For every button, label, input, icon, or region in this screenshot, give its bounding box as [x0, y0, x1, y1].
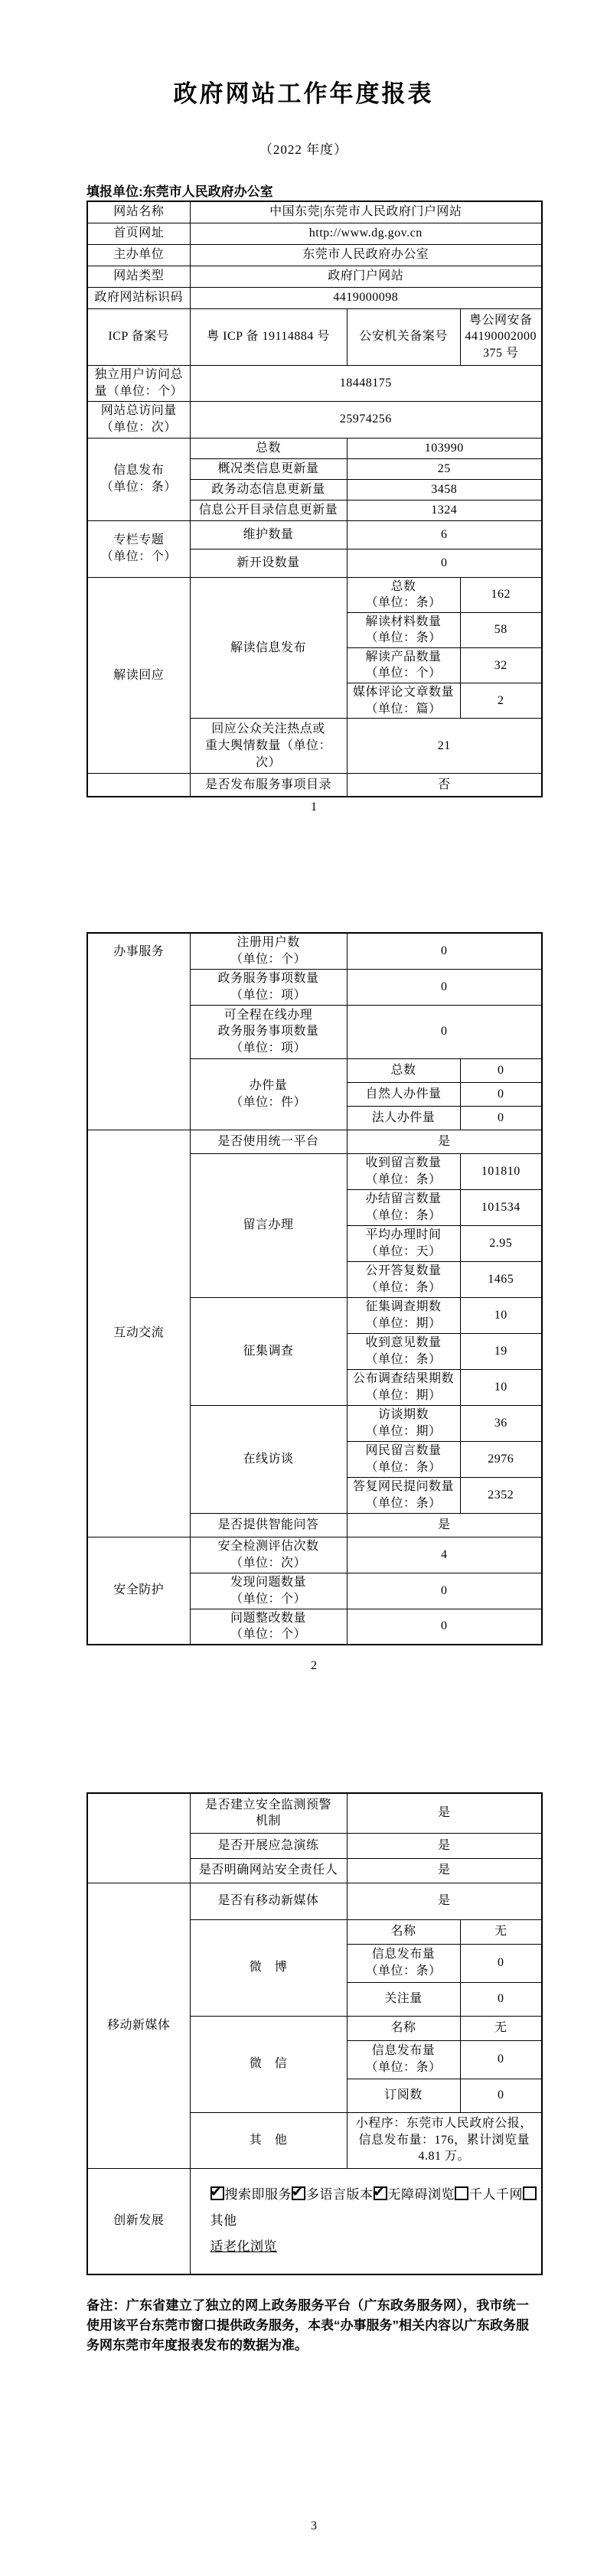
field-value: 0	[347, 1005, 542, 1058]
empty-cell	[87, 774, 190, 797]
field-value: 0	[460, 1106, 542, 1130]
field-value: 10	[460, 1369, 542, 1405]
field-label: 可全程在线办理 政务服务事项数量 （单位：项）	[190, 1005, 347, 1058]
field-label: 总数	[347, 1058, 460, 1082]
home-url-value: http://www.dg.gov.cn	[190, 223, 542, 244]
checkbox-search-service: 搜索即服务	[210, 2187, 292, 2202]
field-value: 10	[460, 1297, 542, 1333]
field-label: 问题整改数量 （单位：个）	[190, 1609, 347, 1645]
site-type-value: 政府门户网站	[190, 266, 542, 287]
site-name-value: 中国东莞|东莞市人民政府门户网站	[190, 201, 542, 223]
section-security: 安全防护	[87, 1537, 190, 1645]
footnote: 备注：广东省建立了独立的网上政务服务平台（广东政务服务网），我市统一使用该平台东…	[86, 2296, 529, 2356]
checkbox-multilingual: 多语言版本	[292, 2187, 374, 2202]
unified-platform-label: 是否使用统一平台	[190, 1130, 347, 1153]
checkbox-icon	[523, 2186, 537, 2200]
innovation-options: 搜索即服务多语言版本无障碍浏览千人千网其他 适老化浏览	[190, 2168, 542, 2274]
field-value: 3458	[347, 479, 542, 500]
service-directory-value: 否	[347, 774, 542, 797]
section-service: 办事服务	[87, 933, 190, 1130]
section-info-publish: 信息发布 （单位：条）	[87, 438, 190, 520]
field-label: 公开答复数量 （单位：条）	[347, 1261, 460, 1297]
field-value: 32	[460, 647, 542, 683]
table-row: 办事服务 注册用户数 （单位：个） 0	[87, 933, 542, 969]
field-label: 信息发布量 （单位：条）	[347, 2040, 460, 2079]
table-row: 主办单位 东莞市人民政府办公室	[87, 244, 542, 266]
field-label: 解读产品数量 （单位：个）	[347, 647, 460, 683]
field-label: 媒体评论文章数量 （单位：篇）	[347, 683, 460, 719]
page-number-1: 1	[86, 801, 541, 814]
page-number-3: 3	[86, 2519, 541, 2533]
field-value: 36	[460, 1405, 542, 1441]
field-value: 0	[347, 1573, 542, 1609]
field-label: 解读材料数量 （单位：条）	[347, 612, 460, 647]
field-label: 平均办理时间 （单位：天）	[347, 1225, 460, 1261]
field-value: 是	[347, 1793, 542, 1833]
field-label: 政务动态信息更新量	[190, 479, 347, 500]
icp-value: 粤 ICP 备 19114884 号	[190, 308, 347, 365]
section-interaction: 互动交流	[87, 1130, 190, 1537]
field-label: 名称	[347, 2016, 460, 2040]
field-label: 新开设数量	[190, 549, 347, 577]
field-label: 概况类信息更新量	[190, 458, 347, 479]
checkbox-accessibility: 无障碍浏览	[374, 2187, 455, 2202]
field-label: 政务服务事项数量 （单位：项）	[190, 969, 347, 1005]
field-label: 安全检测评估次数 （单位：次）	[190, 1537, 347, 1573]
subsection-other-media: 其 他	[190, 2112, 347, 2168]
section-special-columns: 专栏专题 （单位：个）	[87, 520, 190, 577]
field-label: 订阅数	[347, 2079, 460, 2112]
field-value: 0	[460, 1982, 542, 2016]
field-value: 0	[460, 2040, 542, 2079]
field-label: 总数 （单位：条）	[347, 577, 460, 612]
field-value: 0	[460, 1082, 542, 1106]
field-label: 收到意见数量 （单位：条）	[347, 1333, 460, 1369]
checkbox-label: 搜索即服务	[225, 2187, 292, 2202]
hotspot-response-label: 回应公众关注热点或 重大舆情数量（单位： 次）	[190, 719, 347, 774]
field-label: 信息发布量 （单位：条）	[347, 1944, 460, 1982]
field-value: 无	[460, 2016, 542, 2040]
table-row: 解读回应 解读信息发布 总数 （单位：条） 162	[87, 577, 542, 612]
field-value: 2	[460, 683, 542, 719]
field-label: 名称	[347, 1919, 460, 1944]
total-visits-label: 网站总访问量 （单位：次）	[87, 401, 190, 438]
section-innovation: 创新发展	[87, 2168, 190, 2274]
unified-platform-value: 是	[347, 1130, 542, 1153]
table-row: 独立用户访问总 量（单位：个） 18448175	[87, 365, 542, 401]
field-value: 103990	[347, 438, 542, 458]
unique-visitors-value: 18448175	[190, 365, 542, 401]
report-table-page1: 网站名称 中国东莞|东莞市人民政府门户网站 首页网址 http://www.dg…	[86, 201, 543, 797]
field-label: 是否明确网站安全责任人	[190, 1858, 347, 1883]
field-value: 2352	[460, 1477, 542, 1513]
field-label: 收到留言数量 （单位：条）	[347, 1153, 460, 1189]
subsection-weibo: 微 博	[190, 1919, 347, 2016]
field-label: 公布调查结果期数 （单位：期）	[347, 1369, 460, 1405]
subsection-wechat: 微 信	[190, 2016, 347, 2112]
table-row: 网站总访问量 （单位：次） 25974256	[87, 401, 542, 438]
subsection-interpret-publish: 解读信息发布	[190, 577, 347, 719]
field-value: 101810	[460, 1153, 542, 1189]
has-mobile-media-label: 是否有移动新媒体	[190, 1883, 347, 1919]
table-row: 网站类型 政府门户网站	[87, 266, 542, 287]
field-value: 101534	[460, 1189, 542, 1225]
field-value: 是	[347, 1833, 542, 1858]
home-url-label: 首页网址	[87, 223, 190, 244]
table-row: 互动交流 是否使用统一平台 是	[87, 1130, 542, 1153]
has-mobile-media-value: 是	[347, 1883, 542, 1919]
site-type-label: 网站类型	[87, 266, 190, 287]
report-document: 政府网站工作年度报表 （2022 年度） 填报单位:东莞市人民政府办公室 网站名…	[0, 0, 607, 2576]
table-row: 政府网站标识码 4419000098	[87, 287, 542, 308]
field-label: 发现问题数量 （单位：个）	[190, 1573, 347, 1609]
site-name-label: 网站名称	[87, 201, 190, 223]
table-row: 移动新媒体 是否有移动新媒体 是	[87, 1883, 542, 1919]
icp-label: ICP 备案号	[87, 308, 190, 365]
field-label: 维护数量	[190, 520, 347, 549]
site-code-label: 政府网站标识码	[87, 287, 190, 308]
police-record-label: 公安机关备案号	[347, 308, 460, 365]
report-table-page2: 办事服务 注册用户数 （单位：个） 0 政务服务事项数量 （单位：项） 0 可全…	[86, 932, 543, 1645]
sponsor-value: 东莞市人民政府办公室	[190, 244, 542, 266]
field-value: 0	[347, 933, 542, 969]
field-label: 注册用户数 （单位：个）	[190, 933, 347, 969]
table-row: 首页网址 http://www.dg.gov.cn	[87, 223, 542, 244]
field-label: 是否开展应急演练	[190, 1833, 347, 1858]
table-row: ICP 备案号 粤 ICP 备 19114884 号 公安机关备案号 粤公网安备…	[87, 308, 542, 365]
subsection-interviews: 在线访谈	[190, 1405, 347, 1513]
field-value: 2.95	[460, 1225, 542, 1261]
subsection-message-handling: 留言办理	[190, 1153, 347, 1297]
checkbox-icon	[292, 2186, 305, 2200]
field-label: 自然人办件量	[347, 1082, 460, 1106]
field-value: 0	[347, 1609, 542, 1645]
table-row: 专栏专题 （单位：个） 维护数量 6	[87, 520, 542, 549]
field-value: 25	[347, 458, 542, 479]
field-label: 答复网民提问数量 （单位：条）	[347, 1477, 460, 1513]
subsection-case-volume: 办件量 （单位：件）	[190, 1058, 347, 1130]
empty-cell	[87, 1793, 190, 1883]
field-label: 网民留言数量 （单位：条）	[347, 1441, 460, 1477]
police-record-value: 粤公网安备 44190002000 375 号	[460, 308, 542, 365]
field-label: 征集调查期数 （单位：期）	[347, 1297, 460, 1333]
checkbox-label: 多语言版本	[306, 2187, 374, 2202]
field-value: 0	[460, 2079, 542, 2112]
smart-qa-value: 是	[347, 1513, 542, 1537]
field-value: 0	[460, 1944, 542, 1982]
unique-visitors-label: 独立用户访问总 量（单位：个）	[87, 365, 190, 401]
field-value: 58	[460, 612, 542, 647]
checkbox-label: 其他	[210, 2213, 237, 2228]
service-directory-label: 是否发布服务事项目录	[190, 774, 347, 797]
smart-qa-label: 是否提供智能问答	[190, 1513, 347, 1537]
report-year-subtitle: （2022 年度）	[0, 139, 607, 158]
checkbox-icon	[374, 2186, 387, 2200]
table-row: 网站名称 中国东莞|东莞市人民政府门户网站	[87, 201, 542, 223]
field-value: 0	[460, 1058, 542, 1082]
subsection-surveys: 征集调查	[190, 1297, 347, 1405]
field-label: 是否建立安全监测预警 机制	[190, 1793, 347, 1833]
table-row: 信息发布 （单位：条） 总数 103990	[87, 438, 542, 458]
section-interpretation: 解读回应	[87, 577, 190, 774]
checkbox-icon	[210, 2186, 224, 2200]
field-value: 1465	[460, 1261, 542, 1297]
hotspot-response-value: 21	[347, 719, 542, 774]
table-row: 是否发布服务事项目录 否	[87, 774, 542, 797]
field-value: 162	[460, 577, 542, 612]
field-value: 是	[347, 1858, 542, 1883]
field-value: 0	[347, 969, 542, 1005]
field-value: 19	[460, 1333, 542, 1369]
table-row: 是否建立安全监测预警 机制 是	[87, 1793, 542, 1833]
checkbox-label: 无障碍浏览	[388, 2187, 455, 2202]
field-label: 访谈期数 （单位：期）	[347, 1405, 460, 1441]
field-label: 总数	[190, 438, 347, 458]
page-number-2: 2	[86, 1659, 541, 1673]
report-table-page3: 是否建立安全监测预警 机制 是 是否开展应急演练 是 是否明确网站安全责任人 是…	[86, 1792, 543, 2275]
field-label: 关注量	[347, 1982, 460, 2016]
table-row: 安全防护 安全检测评估次数 （单位：次） 4	[87, 1537, 542, 1573]
other-media-value: 小程序：东莞市人民政府公报， 信息发布量：176，累计浏览量 4.81 万。	[347, 2112, 542, 2168]
checkbox-personalized: 千人千网	[455, 2187, 523, 2202]
field-value: 无	[460, 1919, 542, 1944]
field-value: 6	[347, 520, 542, 549]
reporting-unit: 填报单位:东莞市人民政府办公室	[86, 181, 273, 200]
table-row: 创新发展 搜索即服务多语言版本无障碍浏览千人千网其他 适老化浏览	[87, 2168, 542, 2274]
section-mobile-media: 移动新媒体	[87, 1883, 190, 2168]
page-title: 政府网站工作年度报表	[0, 74, 607, 109]
total-visits-value: 25974256	[190, 401, 542, 438]
field-label: 办结留言数量 （单位：条）	[347, 1189, 460, 1225]
sponsor-label: 主办单位	[87, 244, 190, 266]
field-value: 2976	[460, 1441, 542, 1477]
field-value: 4	[347, 1537, 542, 1573]
field-label: 法人办件量	[347, 1106, 460, 1130]
field-value: 0	[347, 549, 542, 577]
site-code-value: 4419000098	[190, 287, 542, 308]
field-value: 1324	[347, 500, 542, 520]
checkbox-icon	[455, 2186, 468, 2200]
checkbox-label: 千人千网	[469, 2187, 523, 2202]
innovation-extra-note: 适老化浏览	[210, 2239, 278, 2254]
field-label: 信息公开目录信息更新量	[190, 500, 347, 520]
